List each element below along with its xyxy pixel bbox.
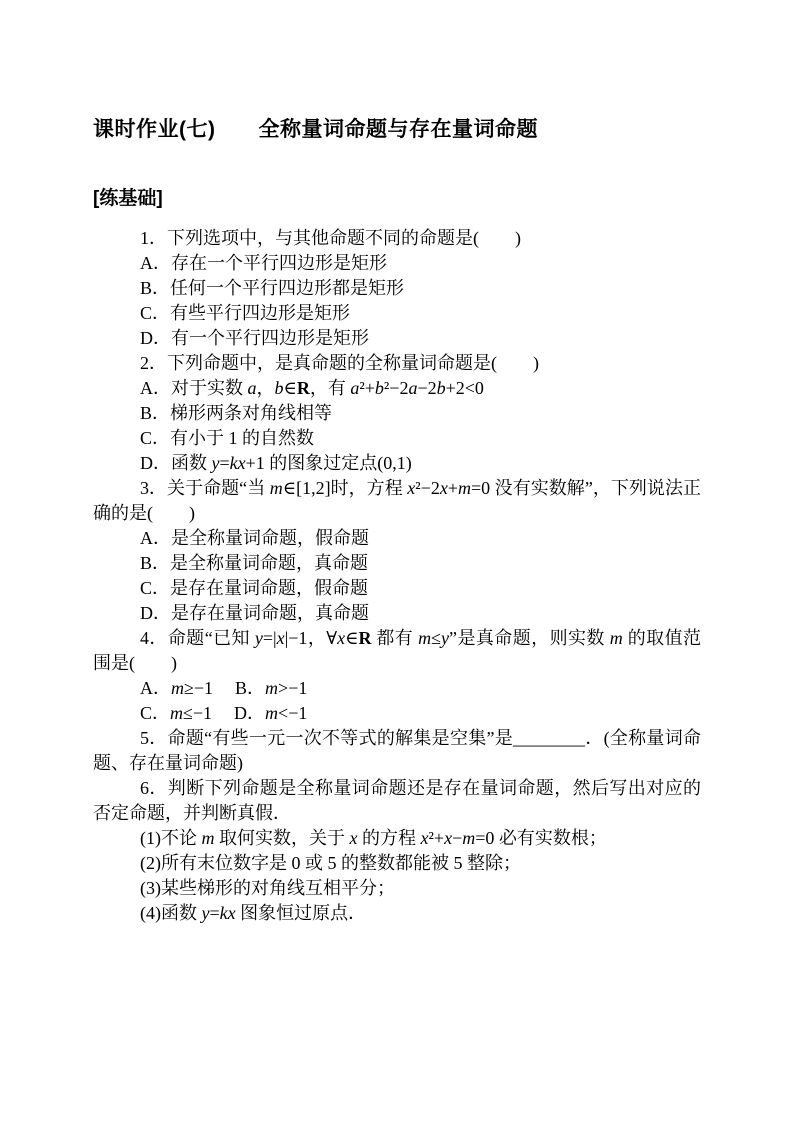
section-label: [练基础] <box>93 188 701 210</box>
question-6-part-3: (3)某些梯形的对角线互相平分； <box>93 876 701 901</box>
question-4-option-c: C．m≤−1 <box>140 703 212 723</box>
question-2-option-a: A．对于实数 a，b∈R，有 a²+b²−2a−2b+2<0 <box>93 376 701 401</box>
question-4-option-d: D．m<−1 <box>234 703 307 723</box>
question-2-option-c: C．有小于 1 的自然数 <box>93 426 701 451</box>
question-6-stem: 6．判断下列命题是全称量词命题还是存在量词命题，然后写出对应的否定命题，并判断真… <box>93 776 701 826</box>
question-3-option-a: A．是全称量词命题，假命题 <box>93 526 701 551</box>
question-3-option-d: D．是存在量词命题，真命题 <box>93 601 701 626</box>
question-2-stem: 2．下列命题中，是真命题的全称量词命题是( ) <box>93 351 701 376</box>
question-list: 1．下列选项中，与其他命题不同的命题是( ) A．存在一个平行四边形是矩形 B．… <box>93 226 701 926</box>
worksheet-page: 课时作业(七) 全称量词命题与存在量词命题 [练基础] 1．下列选项中，与其他命… <box>0 0 793 1122</box>
question-6-part-2: (2)所有末位数字是 0 或 5 的整数都能被 5 整除； <box>93 851 701 876</box>
question-4-option-a: A．m≥−1 <box>140 678 213 698</box>
question-1-option-c: C．有些平行四边形是矩形 <box>93 301 701 326</box>
question-3-option-b: B．是全称量词命题，真命题 <box>93 551 701 576</box>
question-1-stem: 1．下列选项中，与其他命题不同的命题是( ) <box>93 226 701 251</box>
question-4-options-row-1: A．m≥−1B．m>−1 <box>93 676 701 701</box>
question-1-option-d: D．有一个平行四边形是矩形 <box>93 326 701 351</box>
question-4-option-b: B．m>−1 <box>235 678 307 698</box>
question-3-stem: 3．关于命题“当 m∈[1,2]时，方程 x²−2x+m=0 没有实数解”，下列… <box>93 476 701 526</box>
question-4-stem: 4．命题“已知 y=|x|−1，∀x∈R 都有 m≤y”是真命题，则实数 m 的… <box>93 626 701 676</box>
question-1-option-b: B．任何一个平行四边形都是矩形 <box>93 276 701 301</box>
question-4-options-row-2: C．m≤−1D．m<−1 <box>93 701 701 726</box>
question-1-option-a: A．存在一个平行四边形是矩形 <box>93 251 701 276</box>
question-2-option-d: D．函数 y=kx+1 的图象过定点(0,1) <box>93 451 701 476</box>
worksheet-title: 课时作业(七) 全称量词命题与存在量词命题 <box>93 118 701 142</box>
question-2-option-b: B．梯形两条对角线相等 <box>93 401 701 426</box>
question-3-option-c: C．是存在量词命题，假命题 <box>93 576 701 601</box>
question-6-part-4: (4)函数 y=kx 图象恒过原点． <box>93 901 701 926</box>
question-6-part-1: (1)不论 m 取何实数，关于 x 的方程 x²+x−m=0 必有实数根； <box>93 826 701 851</box>
question-5-stem: 5．命题“有些一元一次不等式的解集是空集”是________．(全称量词命题、存… <box>93 726 701 776</box>
